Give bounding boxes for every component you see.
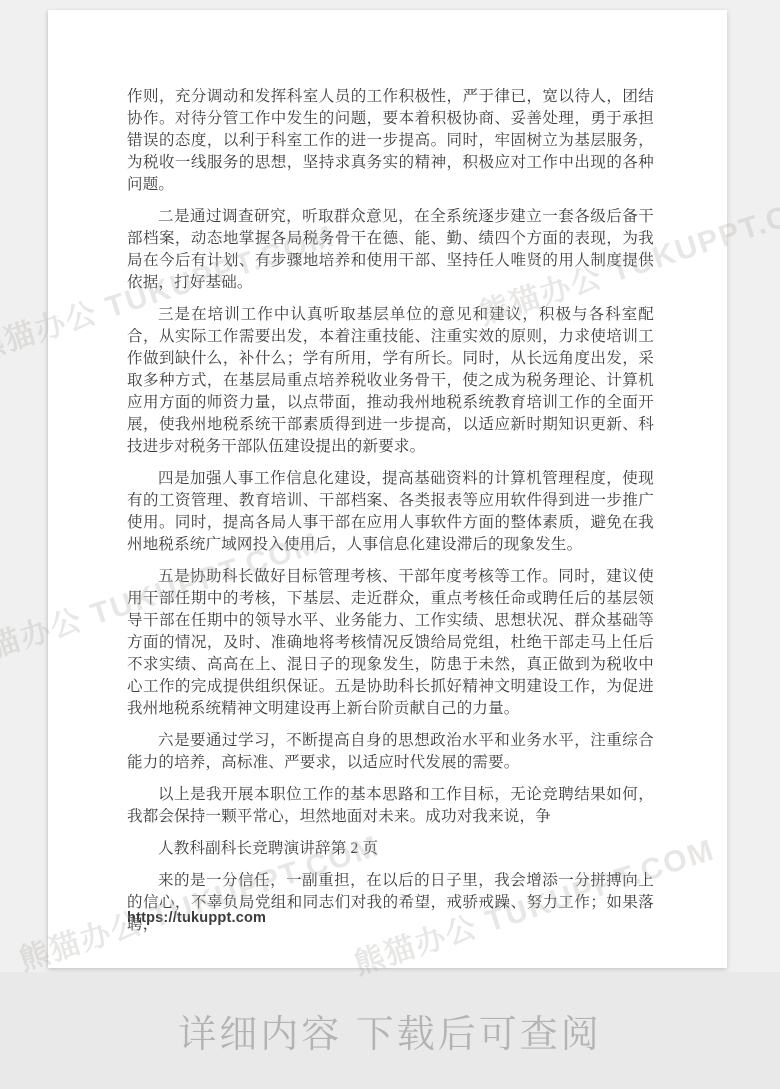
paragraph: 以上是我开展本职位工作的基本思路和工作目标，无论竞聘结果如何，我都会保持一颗平常… — [127, 784, 654, 828]
paragraph: 六是要通过学习，不断提高自身的思想政治水平和业务水平，注重综合能力的培养，高标准… — [127, 730, 654, 774]
paragraph: 四是加强人事工作信息化建设，提高基础资料的计算机管理程度，使现有的工资管理、教育… — [127, 468, 654, 556]
download-banner-text: 详细内容 下载后可查阅 — [178, 1003, 602, 1058]
document-text-block: 作则，充分调动和发挥科室人员的工作积极性，严于律已，宽以待人，团结协作。对待分管… — [127, 86, 654, 946]
paragraph: 五是协助科长做好目标管理考核、干部年度考核等工作。同时，建议使用干部任期中的考核… — [127, 566, 654, 720]
page-number-label: 人教科副科长竞聘演讲辞第 2 页 — [127, 838, 654, 860]
source-url-link[interactable]: https://tukuppt.com — [127, 910, 266, 926]
document-preview: 作则，充分调动和发挥科室人员的工作积极性，严于律已，宽以待人，团结协作。对待分管… — [0, 0, 780, 1089]
paragraph: 三是在培训工作中认真听取基层单位的意见和建议，积极与各科室配合，从实际工作需要出… — [127, 304, 654, 458]
download-banner: 详细内容 下载后可查阅 — [0, 972, 780, 1089]
paragraph: 二是通过调查研究，听取群众意见，在全系统逐步建立一套各级后备干部档案，动态地掌握… — [127, 206, 654, 294]
document-page: 作则，充分调动和发挥科室人员的工作积极性，严于律已，宽以待人，团结协作。对待分管… — [48, 10, 727, 968]
paragraph: 来的是一分信任，一副重担，在以后的日子里，我会增添一分拼搏向上的信心，不辜负局党… — [127, 870, 654, 936]
paragraph: 作则，充分调动和发挥科室人员的工作积极性，严于律已，宽以待人，团结协作。对待分管… — [127, 86, 654, 196]
